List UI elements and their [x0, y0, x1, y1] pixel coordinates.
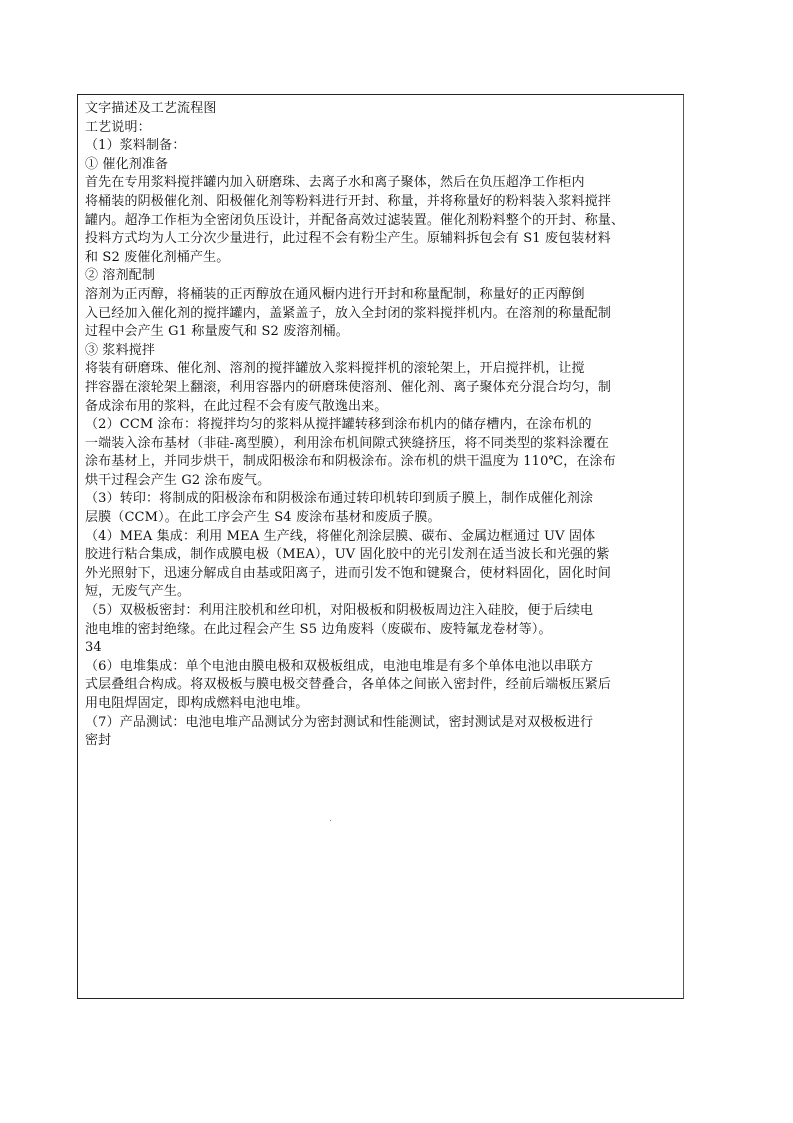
document-frame: 文字描述及工艺流程图 工艺说明： （1）浆料制备： ① 催化剂准备 首先在专用浆… [77, 94, 684, 999]
paragraph-line: 拌容器在滚轮架上翻滚，利用容器内的研磨珠使溶剂、催化剂、离子聚体充分混合均匀，制 [85, 379, 677, 398]
step-2-paragraph: （2）CCM 涂布：将搅拌均匀的浆料从搅拌罐转移到涂布机内的储存槽内，在涂布机的 [85, 416, 677, 435]
paragraph-line: 烘干过程会产生 G2 涂布废气。 [85, 472, 677, 491]
paragraph-line: 池电堆的密封绝缘。在此过程会产生 S5 边角废料（废碳布、废特氟龙卷材等）。 [85, 621, 677, 640]
step-5-paragraph: （5）双极板密封：利用注胶机和丝印机，对阳极板和阴极板周边注入硅胶，便于后续电 [85, 602, 677, 621]
paragraph-line: 将桶装的阴极催化剂、阳极催化剂等粉料进行开封、称量，并将称量好的粉料装入浆料搅拌 [85, 193, 677, 212]
paragraph-line: 溶剂为正丙醇，将桶装的正丙醇放在通风橱内进行开封和称量配制，称量好的正丙醇倒 [85, 286, 677, 305]
step-1-heading: （1）浆料制备： [85, 137, 677, 156]
section-heading: 文字描述及工艺流程图 [85, 100, 677, 119]
page-number: 34 [85, 639, 677, 658]
scan-artifact [330, 820, 331, 821]
step-6-paragraph: （6）电堆集成：单个电池由膜电极和双极板组成，电池电堆是有多个单体电池以串联方 [85, 658, 677, 677]
document-body: 文字描述及工艺流程图 工艺说明： （1）浆料制备： ① 催化剂准备 首先在专用浆… [85, 100, 677, 751]
paragraph-line: 将装有研磨珠、催化剂、溶剂的搅拌罐放入浆料搅拌机的滚轮架上，开启搅拌机，让搅 [85, 360, 677, 379]
paragraph-line: 罐内。超净工作柜为全密闭负压设计，并配备高效过滤装置。催化剂粉料整个的开封、称量… [85, 212, 677, 231]
paragraph-line: 胶进行粘合集成，制作成膜电极（MEA），UV 固化胶中的光引发剂在适当波长和光强… [85, 546, 677, 565]
paragraph-line: 式层叠组合构成。将双极板与膜电极交替叠合，各单体之间嵌入密封件，经前后端板压紧后 [85, 676, 677, 695]
process-description-label: 工艺说明： [85, 119, 677, 138]
substep-mixing-heading: ③ 浆料搅拌 [85, 342, 677, 361]
paragraph-line: 短，无废气产生。 [85, 583, 677, 602]
paragraph-line: 层膜（CCM）。在此工序会产生 S4 废涂布基材和废质子膜。 [85, 509, 677, 528]
paragraph-line: 外光照射下，迅速分解成自由基或阳离子，进而引发不饱和键聚合，使材料固化，固化时间 [85, 565, 677, 584]
paragraph-line: 密封 [85, 732, 677, 751]
substep-catalyst-heading: ① 催化剂准备 [85, 156, 677, 175]
paragraph-line: 备成涂布用的浆料，在此过程不会有废气散逸出来。 [85, 398, 677, 417]
paragraph-line: 投料方式均为人工分次少量进行，此过程不会有粉尘产生。原辅料拆包会有 S1 废包装… [85, 230, 677, 249]
paragraph-line: 过程中会产生 G1 称量废气和 S2 废溶剂桶。 [85, 323, 677, 342]
paragraph-line: 一端装入涂布基材（非硅-离型膜），利用涂布机间隙式狭缝挤压，将不同类型的浆料涂覆… [85, 435, 677, 454]
paragraph-line: 和 S2 废催化剂桶产生。 [85, 249, 677, 268]
substep-solvent-heading: ② 溶剂配制 [85, 267, 677, 286]
step-7-paragraph: （7）产品测试：电池电堆产品测试分为密封测试和性能测试，密封测试是对双极板进行 [85, 714, 677, 733]
paragraph-line: 入已经加入催化剂的搅拌罐内，盖紧盖子，放入全封闭的浆料搅拌机内。在溶剂的称量配制 [85, 305, 677, 324]
paragraph-line: 涂布基材上，并同步烘干，制成阳极涂布和阴极涂布。涂布机的烘干温度为 110℃，在… [85, 453, 677, 472]
step-3-paragraph: （3）转印：将制成的阳极涂布和阴极涂布通过转印机转印到质子膜上，制作成催化剂涂 [85, 490, 677, 509]
paragraph-line: 首先在专用浆料搅拌罐内加入研磨珠、去离子水和离子聚体，然后在负压超净工作柜内 [85, 174, 677, 193]
step-4-paragraph: （4）MEA 集成：利用 MEA 生产线，将催化剂涂层膜、碳布、金属边框通过 U… [85, 528, 677, 547]
paragraph-line: 用电阻焊固定，即构成燃料电池电堆。 [85, 695, 677, 714]
